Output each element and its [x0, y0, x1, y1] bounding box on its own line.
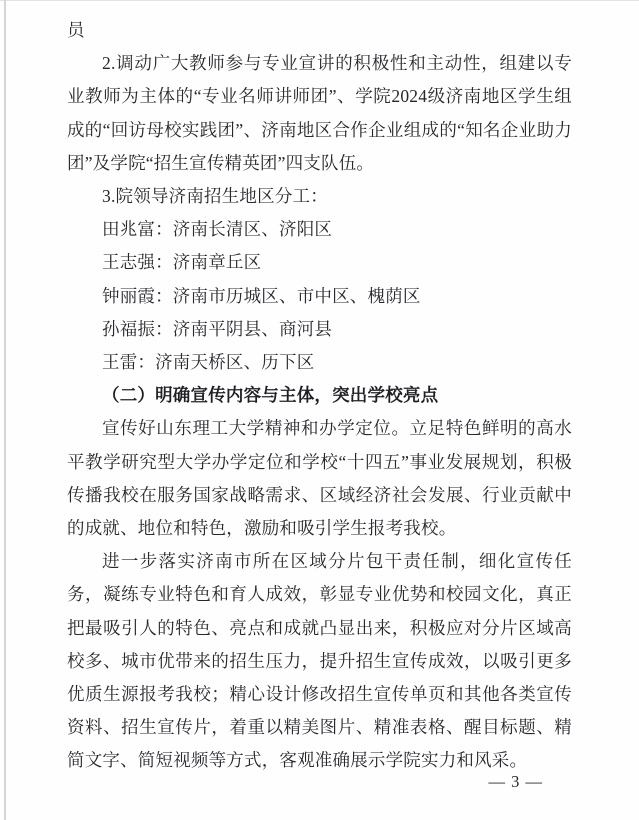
scanned-document-page: 员 2.调动广大教师参与专业宣讲的积极性和主动性，组建以专业教师为主体的“专业名… [0, 0, 639, 820]
paragraph-implementation: 进一步落实济南市所在区域分片包干责任制，细化宣传任务，凝练专业特色和育人成效，彰… [67, 545, 572, 777]
assignment-line-wangzhiqiang: 王志强：济南章丘区 [67, 246, 572, 279]
paragraph-division-title: 3.院领导济南招生地区分工： [67, 180, 572, 213]
paragraph-promotion: 宣传好山东理工大学精神和办学定位。立足特色鲜明的高水平教学研究型大学办学定位和学… [67, 412, 572, 545]
assignment-line-wanglei: 王雷：济南天桥区、历下区 [67, 346, 572, 379]
paragraph-team-building: 2.调动广大教师参与专业宣讲的积极性和主动性，组建以专业教师为主体的“专业名师讲… [67, 47, 572, 180]
assignment-line-tianzhaofu: 田兆富：济南长清区、济阳区 [67, 213, 572, 246]
section-heading: （二）明确宣传内容与主体，突出学校亮点 [67, 379, 572, 412]
page-number: — 3 — [489, 771, 544, 793]
page-left-edge-line [4, 0, 6, 820]
continuation-text: 员 [67, 14, 572, 47]
assignment-line-zhonglixia: 钟丽霞：济南市历城区、市中区、槐荫区 [67, 280, 572, 313]
page-top-edge-line [0, 0, 639, 1]
document-body: 员 2.调动广大教师参与专业宣讲的积极性和主动性，组建以专业教师为主体的“专业名… [67, 14, 572, 778]
assignment-line-sunfuzhen: 孙福振：济南平阴县、商河县 [67, 313, 572, 346]
